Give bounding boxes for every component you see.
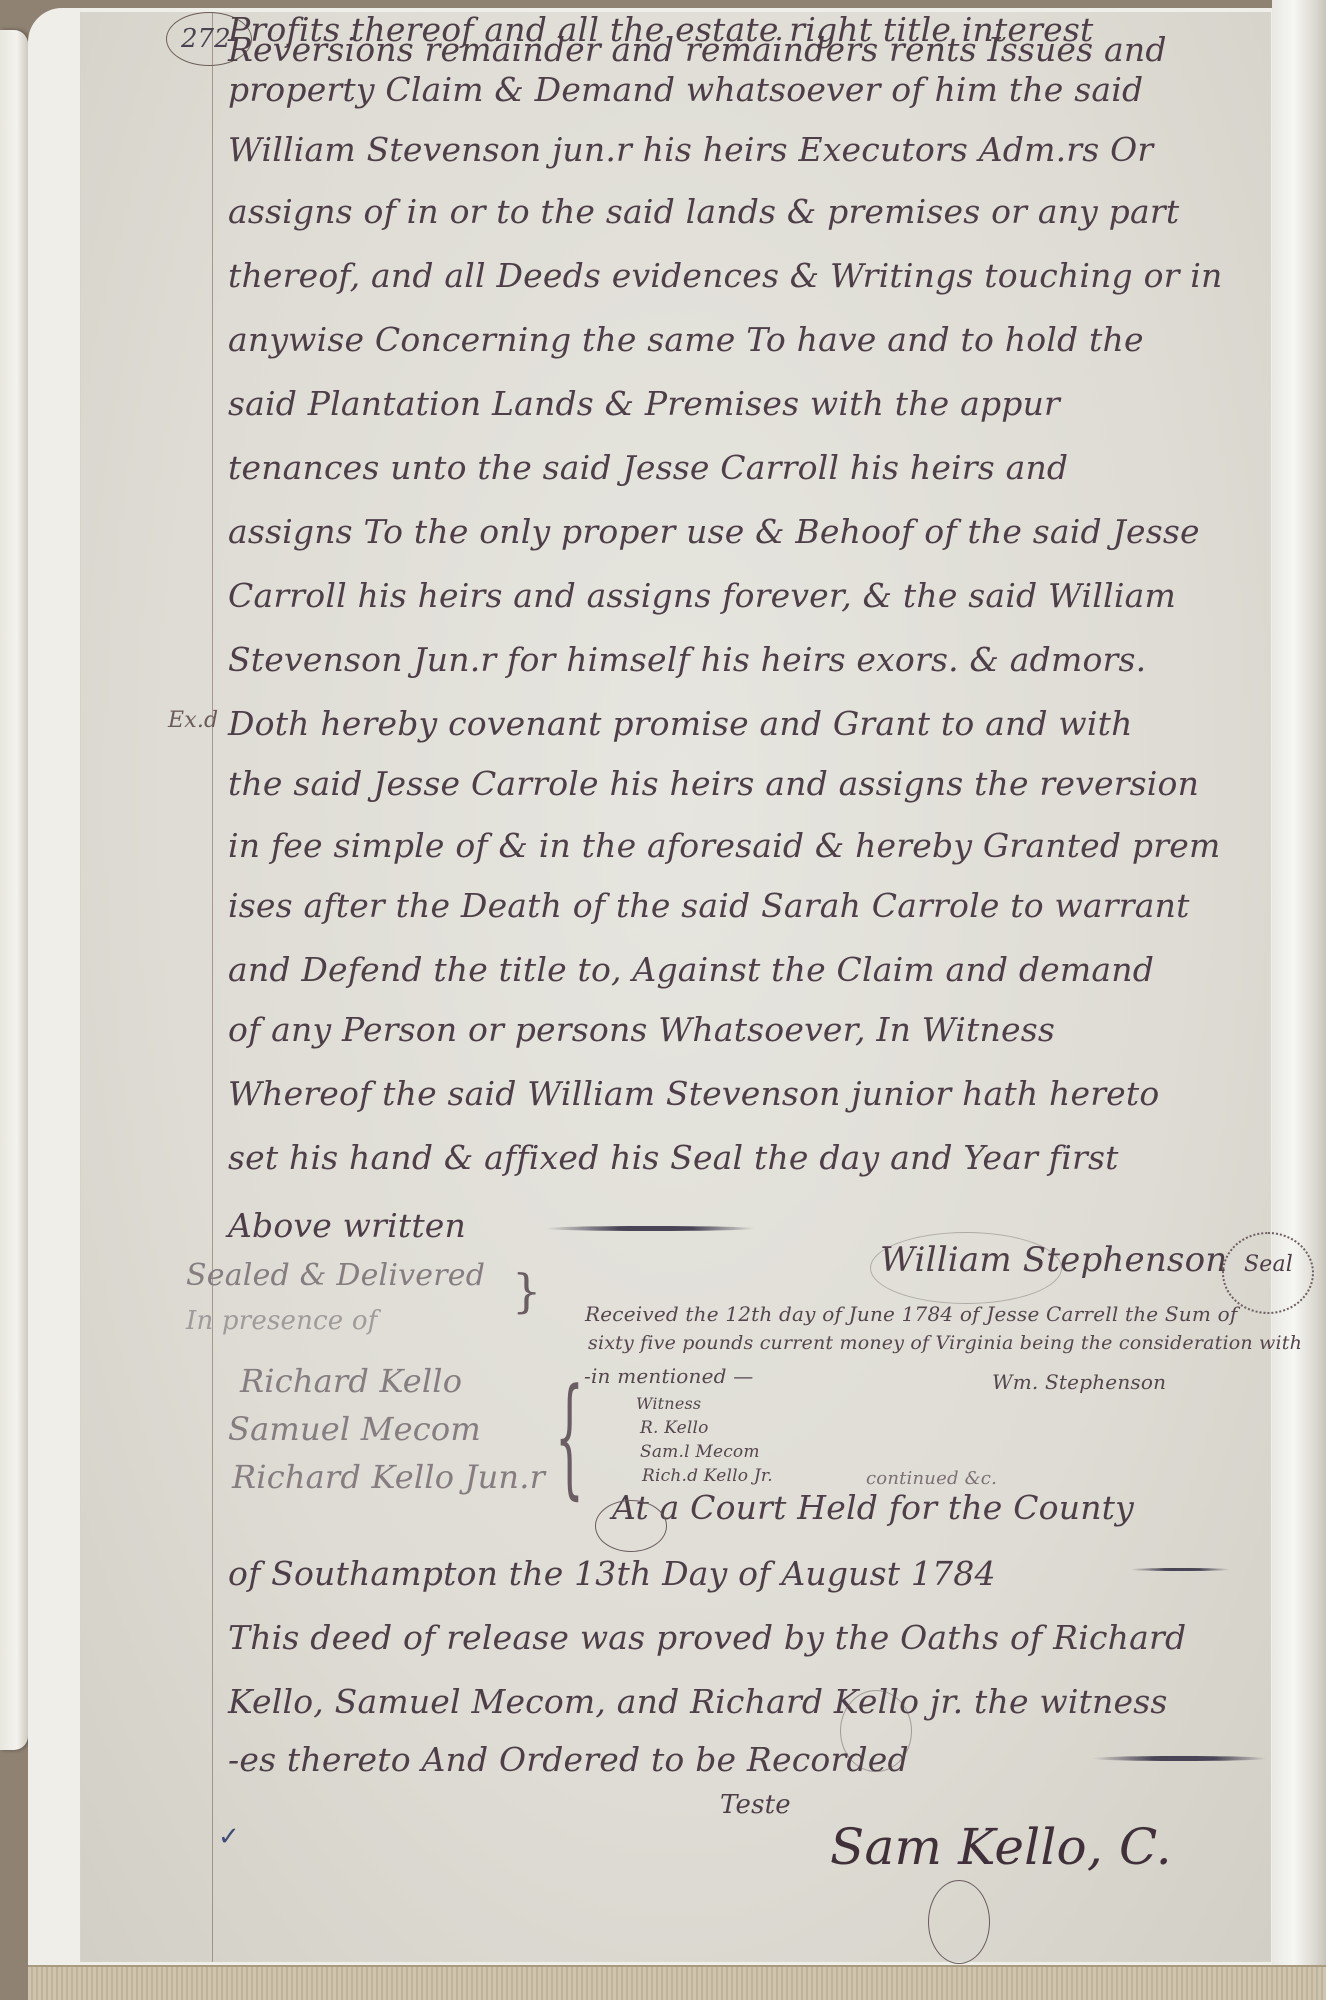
court-line: -es thereto And Ordered to be Recorded: [228, 1740, 909, 1779]
body-line: Profits thereof and all the estate right…: [228, 10, 1093, 49]
court-line: of Southampton the 13th Day of August 17…: [228, 1554, 996, 1593]
body-line: Stevenson Jun.r for himself his heirs ex…: [228, 640, 1146, 679]
body-line: of any Person or persons Whatsoever, In …: [228, 1010, 1055, 1049]
receipt-line: -in mentioned —: [584, 1364, 753, 1388]
line-filler-flourish: [1092, 1756, 1267, 1761]
body-line: thereof, and all Deeds evidences & Writi…: [228, 256, 1223, 295]
body-line: Carroll his heirs and assigns forever, &…: [228, 576, 1176, 615]
witness-name: Samuel Mecom: [228, 1410, 481, 1448]
sealed-delivered-label: Sealed & Delivered: [186, 1258, 485, 1293]
book-binding: [1272, 0, 1326, 2000]
body-line: Doth hereby covenant promise and Grant t…: [228, 704, 1133, 743]
body-line: in fee simple of & in the aforesaid & he…: [228, 826, 1220, 865]
court-line: This deed of release was proved by the O…: [228, 1618, 1186, 1657]
brace-icon: }: [512, 1264, 541, 1318]
body-line: William Stevenson jun.r his heirs Execut…: [228, 130, 1153, 169]
receipt-line: sixty five pounds current money of Virgi…: [588, 1332, 1302, 1354]
receipt-witness: Sam.l Mecom: [640, 1442, 760, 1462]
margin-rule: [212, 12, 213, 1962]
body-line-above-written: Above written: [228, 1206, 466, 1245]
court-line: At a Court Held for the County: [612, 1488, 1134, 1527]
brace-icon: {: [555, 1360, 584, 1512]
check-mark-icon: ✓: [218, 1822, 240, 1852]
court-line: Kello, Samuel Mecom, and Richard Kello j…: [228, 1682, 1168, 1721]
receipt-witness: R. Kello: [640, 1418, 709, 1438]
receipt-witness-label: Witness: [636, 1394, 701, 1413]
seal-label: Seal: [1244, 1252, 1293, 1277]
receipt-signature: Wm. Stephenson: [992, 1370, 1166, 1394]
body-line: and Defend the title to, Against the Cla…: [228, 950, 1154, 989]
body-line: set his hand & affixed his Seal the day …: [228, 1138, 1119, 1177]
line-filler-flourish: [1130, 1568, 1230, 1571]
line-filler-flourish: [545, 1226, 755, 1231]
margin-note: Ex.d: [168, 708, 218, 733]
witness-name: Richard Kello: [240, 1362, 462, 1400]
body-line: the said Jesse Carrole his heirs and ass…: [228, 764, 1199, 803]
body-line: said Plantation Lands & Premises with th…: [228, 384, 1060, 423]
witness-name: Richard Kello Jun.r: [232, 1458, 545, 1496]
in-presence-label: In presence of: [186, 1306, 378, 1336]
flourish: [870, 1232, 1062, 1304]
left-page-edge: [0, 30, 28, 1750]
body-line: assigns To the only proper use & Behoof …: [228, 512, 1200, 551]
flourish: [595, 1500, 667, 1552]
teste-label: Teste: [720, 1790, 791, 1820]
cloth-spine-edge: [28, 1965, 1326, 2000]
flourish: [928, 1880, 990, 1964]
body-line: anywise Concerning the same To have and …: [228, 320, 1144, 359]
body-line: assigns of in or to the said lands & pre…: [228, 192, 1179, 231]
receipt-line: Received the 12th day of June 1784 of Je…: [585, 1302, 1237, 1326]
body-line: ises after the Death of the said Sarah C…: [228, 886, 1190, 925]
body-line: Whereof the said William Stevenson junio…: [228, 1074, 1159, 1113]
insertion-note: continued &c.: [866, 1468, 997, 1489]
clerk-signature: Sam Kello, C.: [830, 1818, 1172, 1876]
body-line: tenances unto the said Jesse Carroll his…: [228, 448, 1068, 487]
receipt-witness: Rich.d Kello Jr.: [642, 1466, 773, 1486]
flourish: [840, 1690, 912, 1772]
body-line: property Claim & Demand whatsoever of hi…: [228, 70, 1143, 109]
